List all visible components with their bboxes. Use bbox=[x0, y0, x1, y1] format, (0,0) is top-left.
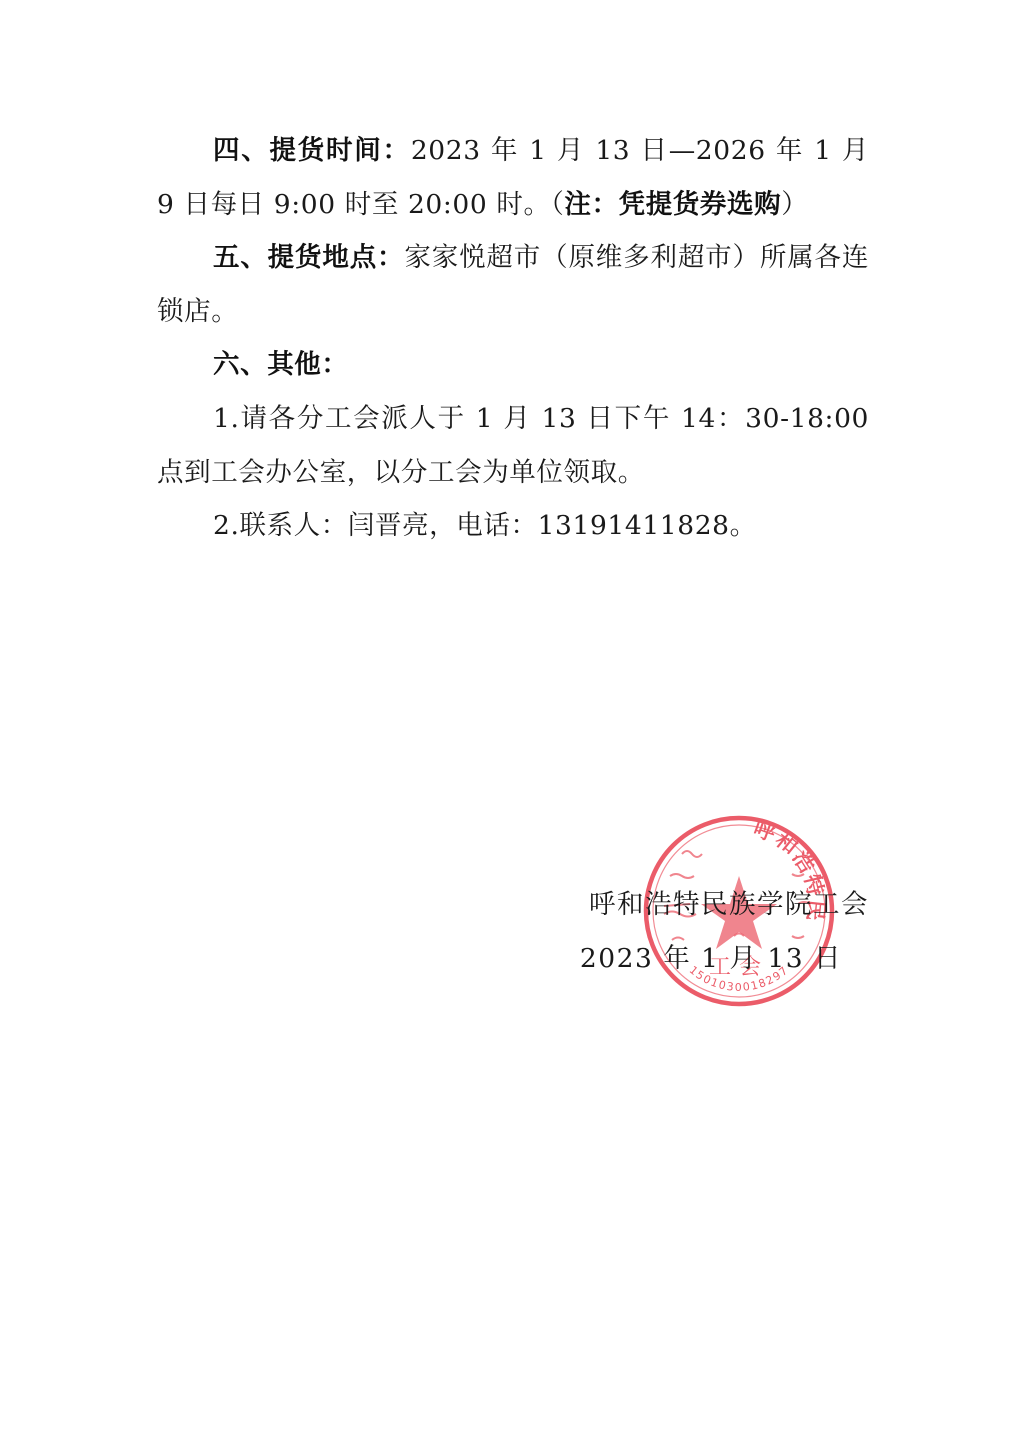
section-heading: 四、提货时间： bbox=[213, 135, 411, 166]
note-close: ） bbox=[781, 189, 808, 220]
document-body: 四、提货时间：2023 年 1 月 13 日—2026 年 1 月 9 日每日 … bbox=[157, 124, 869, 553]
item-text: 2.联系人：闫晋亮，电话：13191411828。 bbox=[213, 510, 757, 541]
item-text: 1.请各分工会派人于 1 月 13 日下午 14：30-18:00 点到工会办公… bbox=[157, 403, 869, 488]
document-page: 四、提货时间：2023 年 1 月 13 日—2026 年 1 月 9 日每日 … bbox=[0, 0, 1024, 1448]
note-open: （ bbox=[551, 189, 565, 220]
signature-date: 2023 年 1 月 13 日 bbox=[580, 932, 842, 986]
signature-organization: 呼和浩特民族学院工会 bbox=[580, 878, 869, 932]
section-delivery-location: 五、提货地点：家家悦超市（原维多利超市）所属各连锁店。 bbox=[157, 231, 869, 338]
section-other: 六、其他： bbox=[157, 338, 869, 392]
list-item: 1.请各分工会派人于 1 月 13 日下午 14：30-18:00 点到工会办公… bbox=[157, 392, 869, 499]
section-delivery-time: 四、提货时间：2023 年 1 月 13 日—2026 年 1 月 9 日每日 … bbox=[157, 124, 869, 231]
list-item: 2.联系人：闫晋亮，电话：13191411828。 bbox=[157, 499, 869, 553]
signature-block: 呼和浩特民族学院工会 2023 年 1 月 13 日 bbox=[580, 878, 869, 985]
section-heading: 五、提货地点： bbox=[213, 242, 404, 273]
section-heading: 六、其他： bbox=[213, 349, 349, 380]
note-text: 注：凭提货券选购 bbox=[564, 189, 781, 220]
